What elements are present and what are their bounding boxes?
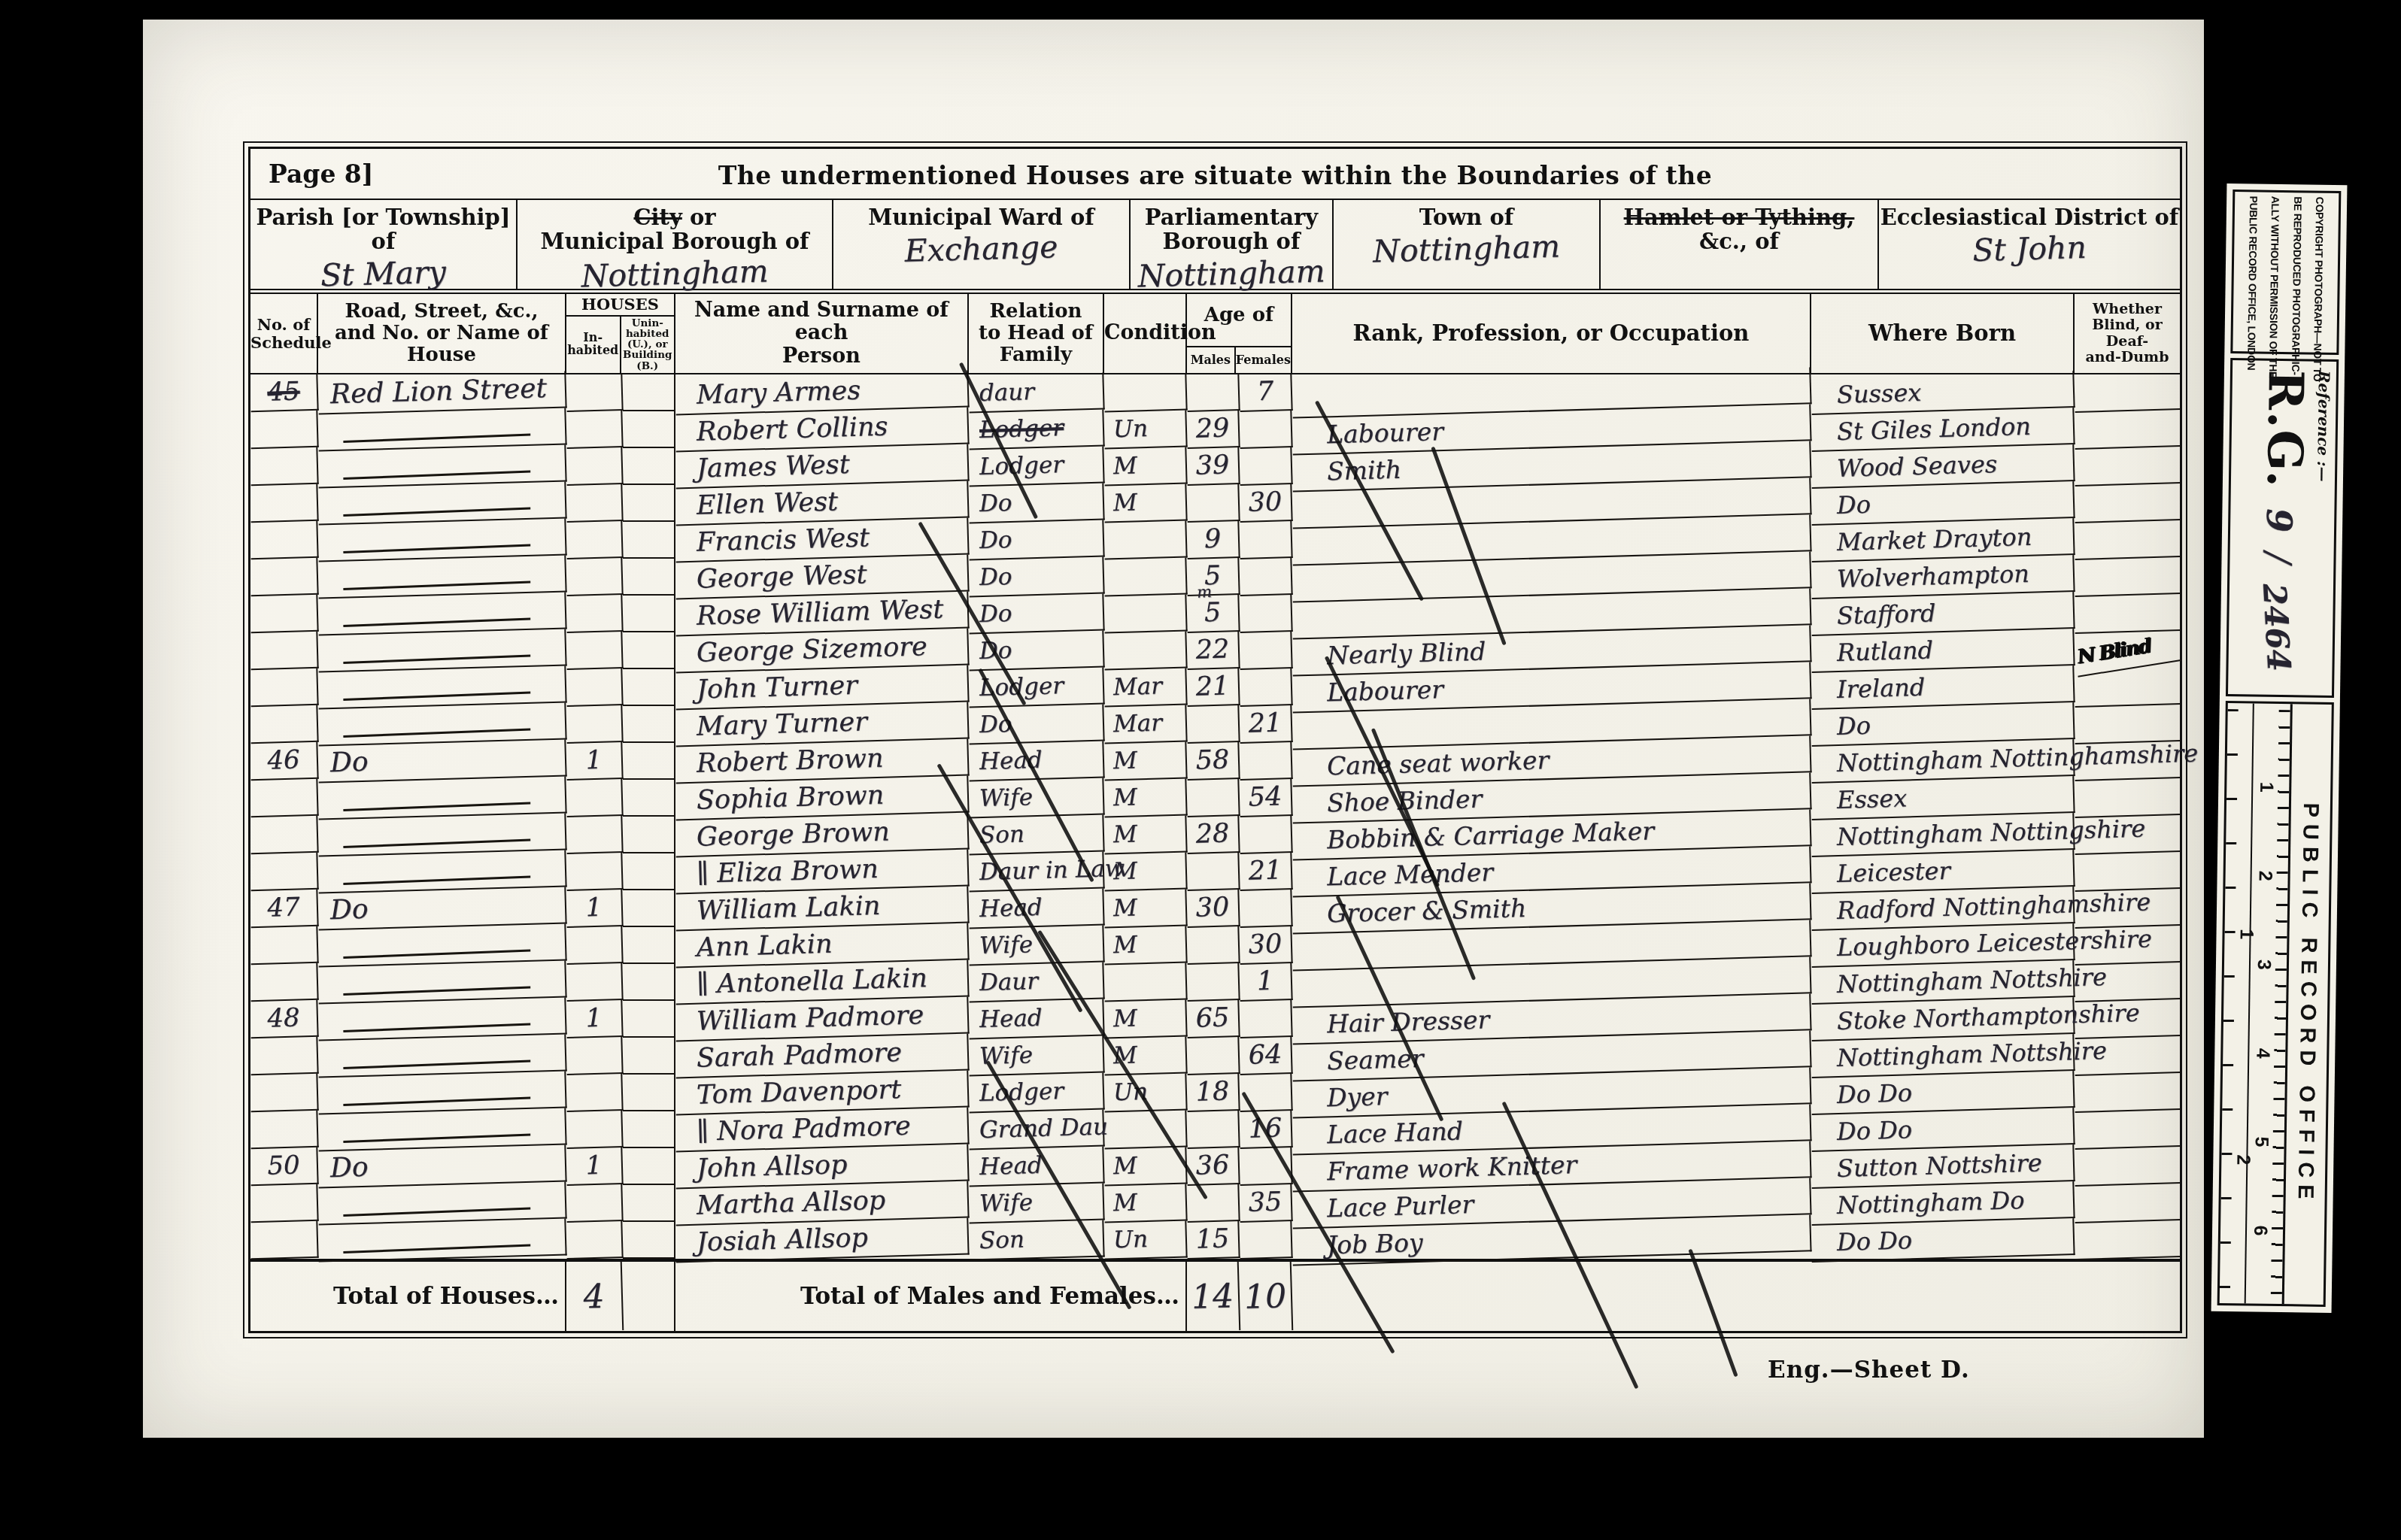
cell-inhabited <box>566 595 623 633</box>
cell-schedule <box>250 1037 318 1075</box>
cell-blind <box>2074 1110 2180 1150</box>
cm-tick-label: 4 <box>2251 1048 2273 1059</box>
cell-relation: Lodger <box>968 1072 1104 1113</box>
cell-uninhabited <box>623 890 675 927</box>
cell-condition <box>1103 557 1187 596</box>
cell-blind <box>2074 741 2180 781</box>
cell-condition: Mar <box>1103 705 1187 744</box>
cell-age-male <box>1186 1111 1240 1149</box>
inch-tick-label: 2 <box>2232 1154 2254 1165</box>
copyright-line: ALLY WITHOUT PERMISSION OF THE <box>2268 196 2282 348</box>
cell-inhabited <box>566 1221 623 1260</box>
cell-condition <box>1103 1110 1187 1149</box>
cell-blind <box>2074 484 2180 523</box>
cell-condition: M <box>1103 447 1187 486</box>
cell-blind <box>2074 668 2180 708</box>
totals-row: Total of Houses… 4 Total of Males and Fe… <box>250 1259 2180 1331</box>
cell-schedule <box>250 1074 318 1112</box>
cell-condition: M <box>1103 926 1187 965</box>
cm-tick-label: 6 <box>2249 1226 2271 1236</box>
header-blind: WhetherBlind, or Deaf-and-Dumb <box>2075 294 2180 373</box>
cell-age-female: 1 <box>1239 963 1292 1002</box>
cell-inhabited <box>566 558 623 596</box>
cell-inhabited <box>566 779 623 817</box>
cell-schedule <box>250 632 318 670</box>
header-uninhabited: Unin-habited (U.), orBuilding (B.) <box>621 317 675 373</box>
cell-age-male: 22 <box>1186 632 1240 670</box>
cell-relation: Head <box>968 888 1104 929</box>
census-table: Page 8] The undermentioned Houses are si… <box>248 147 2182 1333</box>
cell-age-female <box>1239 668 1292 707</box>
parliamentary-borough-label: Parliamentary Borough of <box>1131 200 1332 254</box>
cell-schedule <box>250 668 318 707</box>
cell-uninhabited <box>623 706 675 743</box>
cell-uninhabited <box>623 374 675 411</box>
cell-condition: Un <box>1103 1220 1187 1260</box>
cell-age-male <box>1186 1184 1240 1223</box>
cell-relation: Wife <box>968 778 1104 818</box>
header-occupation: Rank, Profession, or Occupation <box>1292 294 1811 373</box>
cell-schedule: 46 <box>250 742 318 781</box>
cell-inhabited <box>566 853 623 891</box>
cell-condition: M <box>1103 778 1187 817</box>
cell-relation: Do <box>968 630 1104 671</box>
cell-age-female: 21 <box>1239 705 1292 744</box>
cell-inhabited <box>566 447 623 486</box>
cell-age-male: 30 <box>1186 890 1240 928</box>
cell-uninhabited <box>623 1148 675 1185</box>
cell-blind <box>2074 1036 2180 1076</box>
cell-age-male <box>1186 926 1240 965</box>
total-females-value: 10 <box>1239 1261 1294 1332</box>
cell-age-male: 18 <box>1186 1074 1240 1112</box>
cell-relation: Do <box>968 704 1104 744</box>
cell-uninhabited <box>623 1111 675 1148</box>
cell-blind <box>2074 520 2180 560</box>
cell-schedule: 45 <box>250 374 318 412</box>
cell-condition: M <box>1103 889 1187 928</box>
inch-tick-label: 1 <box>2235 929 2257 939</box>
cell-blind <box>2074 373 2180 413</box>
sheet-footer: Eng.—Sheet D. <box>1768 1357 1970 1384</box>
cell-inhabited <box>566 1037 623 1075</box>
copyright-box: COPYRIGHT PHOTOGRAPH—NOT TO BE REPRODUCE… <box>2230 189 2341 355</box>
copyright-line: BE REPRODUCED PHOTOGRAPHIC- <box>2290 196 2304 348</box>
cell-inhabited <box>566 963 623 1002</box>
header-condition: Condition <box>1104 294 1187 373</box>
cell-age-male: 28 <box>1186 816 1240 854</box>
cell-schedule <box>250 1111 318 1149</box>
cell-age-female: 7 <box>1239 374 1292 412</box>
cell-age-female <box>1239 447 1292 486</box>
cell-condition: M <box>1103 484 1187 523</box>
municipal-ward-value: Exchange <box>833 227 1129 271</box>
cell-age-female <box>1239 1074 1292 1112</box>
cell-schedule <box>250 1221 318 1260</box>
copyright-line: PUBLIC RECORD OFFICE, LONDON <box>2245 196 2260 347</box>
cell-uninhabited <box>623 927 675 964</box>
cell-schedule <box>250 705 318 744</box>
cell-age-female: 30 <box>1239 484 1292 523</box>
reference-slash: / <box>2258 552 2299 564</box>
cell-age-male: 5 <box>1186 558 1240 596</box>
hamlet-cell: Hamlet or Tything, &c., of <box>1601 200 1879 289</box>
cell-schedule <box>250 816 318 854</box>
cell-relation: Lodger <box>968 446 1104 487</box>
page-number: Page 8] <box>269 159 373 189</box>
header-name: Name and Surname of eachPerson <box>675 294 969 373</box>
cell-age-male: 9 <box>1186 521 1240 559</box>
cell-inhabited: 1 <box>566 742 623 781</box>
cell-relation: Do <box>968 593 1104 634</box>
cell-age-male <box>1186 963 1240 1002</box>
cell-age-male: 29 <box>1186 411 1240 449</box>
town-label: Town of <box>1334 200 1599 229</box>
municipal-borough-value: Nottingham <box>517 251 832 296</box>
age-premark: m <box>1197 584 1213 601</box>
cell-schedule: 48 <box>250 1000 318 1038</box>
cell-uninhabited <box>623 411 675 448</box>
cell-schedule <box>250 595 318 633</box>
piece-number: 2464 <box>2256 582 2297 671</box>
cell-inhabited <box>566 926 623 965</box>
municipal-ward-cell: Municipal Ward of Exchange <box>833 200 1131 289</box>
cell-schedule <box>250 447 318 486</box>
cell-inhabited: 1 <box>566 1147 623 1186</box>
cm-tick-label: 2 <box>2254 871 2276 881</box>
cell-condition: M <box>1103 815 1187 854</box>
cell-relation: Daur in Law <box>968 851 1104 892</box>
cell-schedule <box>250 963 318 1002</box>
cell-age-male <box>1186 374 1240 412</box>
cell-age-female <box>1239 411 1292 449</box>
cell-age-female: 35 <box>1239 1184 1292 1223</box>
cell-inhabited <box>566 1111 623 1149</box>
cell-uninhabited <box>623 485 675 522</box>
total-houses-value: 4 <box>566 1261 624 1332</box>
cell-schedule <box>250 926 318 965</box>
cell-condition <box>1103 520 1187 559</box>
cell-uninhabited <box>623 1075 675 1111</box>
cell-age-female <box>1239 1221 1292 1260</box>
parliamentary-borough-value: Nottingham <box>1130 253 1332 294</box>
municipal-ward-label: Municipal Ward of <box>833 200 1129 229</box>
cell-uninhabited <box>623 632 675 669</box>
cell-age-male <box>1186 1037 1240 1075</box>
cell-age-male <box>1186 484 1240 523</box>
cell-uninhabited <box>623 596 675 632</box>
reference-label: Reference :— <box>2311 371 2333 687</box>
cell-relation: Head <box>968 1146 1104 1187</box>
ruler-box: PUBLIC RECORD OFFICE 1 2 3 4 5 6 1 2 <box>2217 701 2334 1307</box>
cell-inhabited <box>566 1184 623 1223</box>
cell-uninhabited <box>623 853 675 890</box>
cell-schedule: 50 <box>250 1147 318 1186</box>
cell-condition <box>1103 594 1187 633</box>
cell-blind <box>2074 1184 2180 1223</box>
cell-uninhabited <box>623 964 675 1001</box>
cell-uninhabited <box>623 1038 675 1075</box>
cell-uninhabited <box>623 1222 675 1259</box>
cell-condition <box>1103 373 1187 412</box>
cell-age-female: 54 <box>1239 779 1292 817</box>
header-age-group: Age of Males Females <box>1187 294 1292 373</box>
cell-blind <box>2074 1073 2180 1113</box>
cell-age-female: 21 <box>1239 853 1292 891</box>
header-relation: Relationto Head ofFamily <box>969 294 1104 373</box>
cell-uninhabited <box>623 559 675 596</box>
municipal-borough-label: City or Municipal Borough of <box>518 200 832 254</box>
cell-age-female <box>1239 1000 1292 1038</box>
cell-condition: M <box>1103 852 1187 891</box>
cell-uninhabited <box>623 743 675 780</box>
header-houses-group: HOUSES In-habited Unin-habited (U.), orB… <box>566 294 675 373</box>
copyright-line: COPYRIGHT PHOTOGRAPH—NOT TO <box>2312 197 2327 349</box>
cell-name: Josiah Allsop <box>675 1218 969 1263</box>
cell-schedule <box>250 521 318 559</box>
cell-relation: Wife <box>968 1183 1104 1223</box>
cell-schedule <box>250 411 318 449</box>
table-title: The undermentioned Houses are situate wi… <box>250 149 2180 190</box>
cell-age-male <box>1186 779 1240 817</box>
census-scan-page: { "page": { "page_label": "Page 8]", "ti… <box>0 0 2401 1540</box>
cell-relation: Do <box>968 556 1104 597</box>
total-males-value: 14 <box>1186 1261 1241 1332</box>
geography-header-row: Parish [or Township] of St Mary City or … <box>250 200 2180 294</box>
cell-schedule <box>250 853 318 891</box>
cell-age-male: 5m <box>1186 595 1240 633</box>
municipal-borough-cell: City or Municipal Borough of Nottingham <box>518 200 833 289</box>
header-road: Road, Street, &c.,and No. or Name ofHous… <box>318 294 566 373</box>
pro-reference-strip: COPYRIGHT PHOTOGRAPH—NOT TO BE REPRODUCE… <box>2211 183 2348 1313</box>
header-age-males: Males <box>1187 347 1236 373</box>
cell-age-female <box>1239 890 1292 928</box>
series-number: 9 <box>2259 508 2299 533</box>
cell-age-female <box>1239 595 1292 633</box>
cell-schedule <box>250 558 318 596</box>
cell-age-male: 65 <box>1186 1000 1240 1038</box>
cell-relation: Daur <box>968 962 1104 1002</box>
census-sheet: Page 8] The undermentioned Houses are si… <box>143 20 2204 1438</box>
header-schedule: No. ofSchedule <box>250 294 318 373</box>
cell-condition: M <box>1103 999 1187 1038</box>
column-header-row: No. ofSchedule Road, Street, &c.,and No.… <box>250 294 2180 374</box>
cell-uninhabited <box>623 780 675 817</box>
cell-inhabited <box>566 411 623 449</box>
total-houses-label: Total of Houses… <box>250 1262 566 1331</box>
hamlet-label: Hamlet or Tything, &c., of <box>1601 200 1877 254</box>
cell-condition: M <box>1103 1184 1187 1223</box>
cell-schedule <box>250 484 318 523</box>
cell-relation: Lodger <box>968 409 1104 450</box>
cell-condition <box>1103 962 1187 1002</box>
cell-condition: M <box>1103 741 1187 781</box>
cell-age-male: 58 <box>1186 742 1240 781</box>
ecclesiastical-district-cell: Ecclesiastical District of St John <box>1879 200 2180 289</box>
ecclesiastical-district-value: St John <box>1878 227 2180 271</box>
cell-blind <box>2074 1220 2180 1260</box>
cell-age-female <box>1239 632 1292 670</box>
cell-inhabited: 1 <box>566 1000 623 1038</box>
cell-inhabited <box>566 374 623 412</box>
cell-age-male: 15 <box>1186 1221 1240 1260</box>
parliamentary-borough-cell: Parliamentary Borough of Nottingham <box>1131 200 1334 289</box>
cell-age-male: 21 <box>1186 668 1240 707</box>
parish-cell: Parish [or Township] of St Mary <box>250 200 518 289</box>
totals-empty-cell <box>1292 1262 2180 1331</box>
header-age-females: Females <box>1236 347 1291 373</box>
cell-age-female <box>1239 521 1292 559</box>
cell-blind <box>2074 410 2180 450</box>
cell-uninhabited <box>623 1001 675 1038</box>
reference-box: Reference :— R.G. 9 / 2464 <box>2226 358 2339 698</box>
cell-inhabited <box>566 705 623 744</box>
cell-inhabited <box>566 668 623 707</box>
cell-age-female: 64 <box>1239 1037 1292 1075</box>
cell-inhabited <box>566 1074 623 1112</box>
cell-inhabited: 1 <box>566 890 623 928</box>
cm-tick-label: 5 <box>2251 1137 2272 1147</box>
public-record-office-label: PUBLIC RECORD OFFICE <box>2282 704 2332 1305</box>
cell-blind <box>2074 557 2180 597</box>
ecclesiastical-district-label: Ecclesiastical District of <box>1879 200 2180 229</box>
cell-age-female: 30 <box>1239 926 1292 965</box>
cell-uninhabited <box>623 448 675 485</box>
town-cell: Town of Nottingham <box>1334 200 1601 289</box>
cell-blind <box>2074 447 2180 487</box>
cell-age-female <box>1239 558 1292 596</box>
cell-relation: Do <box>968 520 1104 560</box>
cell-schedule <box>250 1184 318 1223</box>
cell-schedule: 47 <box>250 890 318 928</box>
cell-inhabited <box>566 632 623 670</box>
cm-tick-label: 3 <box>2253 959 2275 970</box>
cell-uninhabited <box>623 1185 675 1222</box>
record-group-code: R.G. <box>2256 370 2314 490</box>
cell-age-male <box>1186 853 1240 891</box>
cell-age-male: 39 <box>1186 447 1240 486</box>
totals-spacer-cell <box>623 1262 675 1331</box>
cell-age-female <box>1239 742 1292 781</box>
cell-condition: Un <box>1103 1073 1187 1112</box>
cell-blind <box>2074 1147 2180 1187</box>
cell-age-male <box>1186 705 1240 744</box>
cell-relation: daur <box>968 372 1104 413</box>
cell-born: Do Do <box>1811 1218 2075 1263</box>
header-where-born: Where Born <box>1811 294 2075 373</box>
cell-condition: Un <box>1103 410 1187 449</box>
cell-road <box>317 1218 566 1262</box>
table-top-band: Page 8] The undermentioned Houses are si… <box>250 149 2180 200</box>
cell-condition: Mar <box>1103 668 1187 707</box>
cell-schedule <box>250 779 318 817</box>
parish-value: St Mary <box>250 252 516 296</box>
header-inhabited: In-habited <box>566 317 621 373</box>
cell-uninhabited <box>623 522 675 559</box>
cell-inhabited <box>566 484 623 523</box>
cell-inhabited <box>566 816 623 854</box>
parish-label: Parish [or Township] of <box>250 200 516 254</box>
cm-tick-label: 1 <box>2255 782 2277 793</box>
town-value: Nottingham <box>1333 228 1599 271</box>
cell-inhabited <box>566 521 623 559</box>
cell-relation: Wife <box>968 1035 1104 1076</box>
cell-uninhabited <box>623 817 675 853</box>
cell-age-female <box>1239 816 1292 854</box>
cell-condition <box>1103 631 1187 670</box>
cell-blind <box>2074 815 2180 855</box>
census-body: 45Red Lion StreetMary Armesdaur7SussexRo… <box>250 374 2180 1259</box>
cell-uninhabited <box>623 669 675 706</box>
